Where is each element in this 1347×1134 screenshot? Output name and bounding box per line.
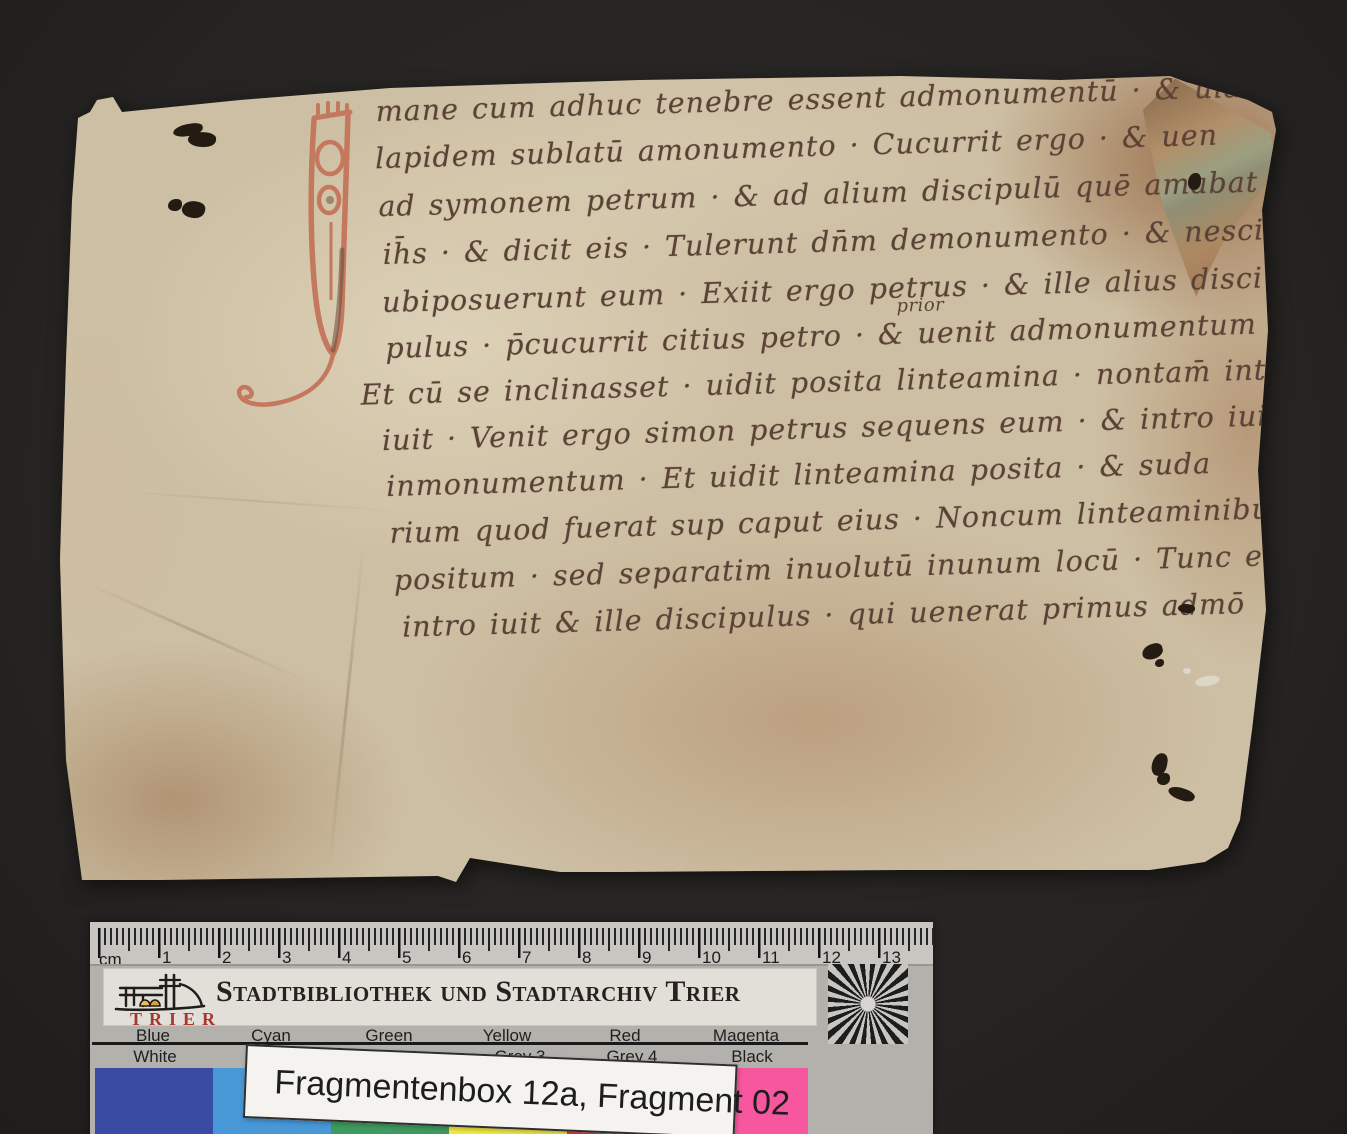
manuscript-fragment: mane cum adhuc tenebre essent admonument…	[55, 70, 1280, 885]
shelfmark-text: Fragmentenbox 12a, Fragment 02	[273, 1047, 791, 1134]
ruler-edge	[90, 964, 933, 966]
siemens-star-icon	[828, 964, 908, 1044]
shelfmark-label: Fragmentenbox 12a, Fragment 02	[243, 1044, 738, 1134]
ruler-unit-label: cm	[99, 950, 122, 970]
institution-label: TRIER Stadtbibliothek und Stadtarchiv Tr…	[103, 968, 817, 1026]
manuscript-text: mane cum adhuc tenebre essent admonument…	[47, 45, 1294, 894]
manuscript-line: intro iuit & ille discipulus · qui uener…	[402, 587, 1246, 644]
scale-card: cm 1 2 3 4 5 6 7 8 9 10 11 12 13	[90, 922, 933, 1134]
chart-divider	[92, 1042, 808, 1045]
manuscript-line: ih̄s · & dicit eis · Tulerunt dn̄m demon…	[382, 213, 1292, 271]
ink-blot	[1155, 659, 1164, 667]
institution-name: Stadtbibliothek und Stadtarchiv Trier	[216, 975, 816, 1009]
ink-blot	[1157, 773, 1170, 785]
photo-scene: mane cum adhuc tenebre essent admonument…	[0, 0, 1347, 1134]
color-swatch-blue	[95, 1068, 213, 1134]
manuscript-line: lapidem sublatū amonumento · Cucurrit er…	[375, 119, 1219, 176]
manuscript-line: rium quod fuerat sup caput eius · Noncum…	[389, 492, 1287, 550]
white-speck	[1183, 668, 1191, 674]
interlinear-gloss: prior	[896, 294, 944, 316]
manuscript-line: ad symonem petrum · & ad alium discipulū…	[378, 166, 1259, 224]
parchment: mane cum adhuc tenebre essent admonument…	[55, 70, 1280, 885]
ruler: cm 1 2 3 4 5 6 7 8 9 10 11 12 13	[90, 922, 933, 966]
color-label: White	[133, 1047, 176, 1067]
manuscript-line: mane cum adhuc tenebre essent admonument…	[375, 71, 1243, 128]
manuscript-line: inmonumentum · Et uidit linteamina posit…	[386, 447, 1212, 503]
ink-blot	[168, 199, 182, 211]
